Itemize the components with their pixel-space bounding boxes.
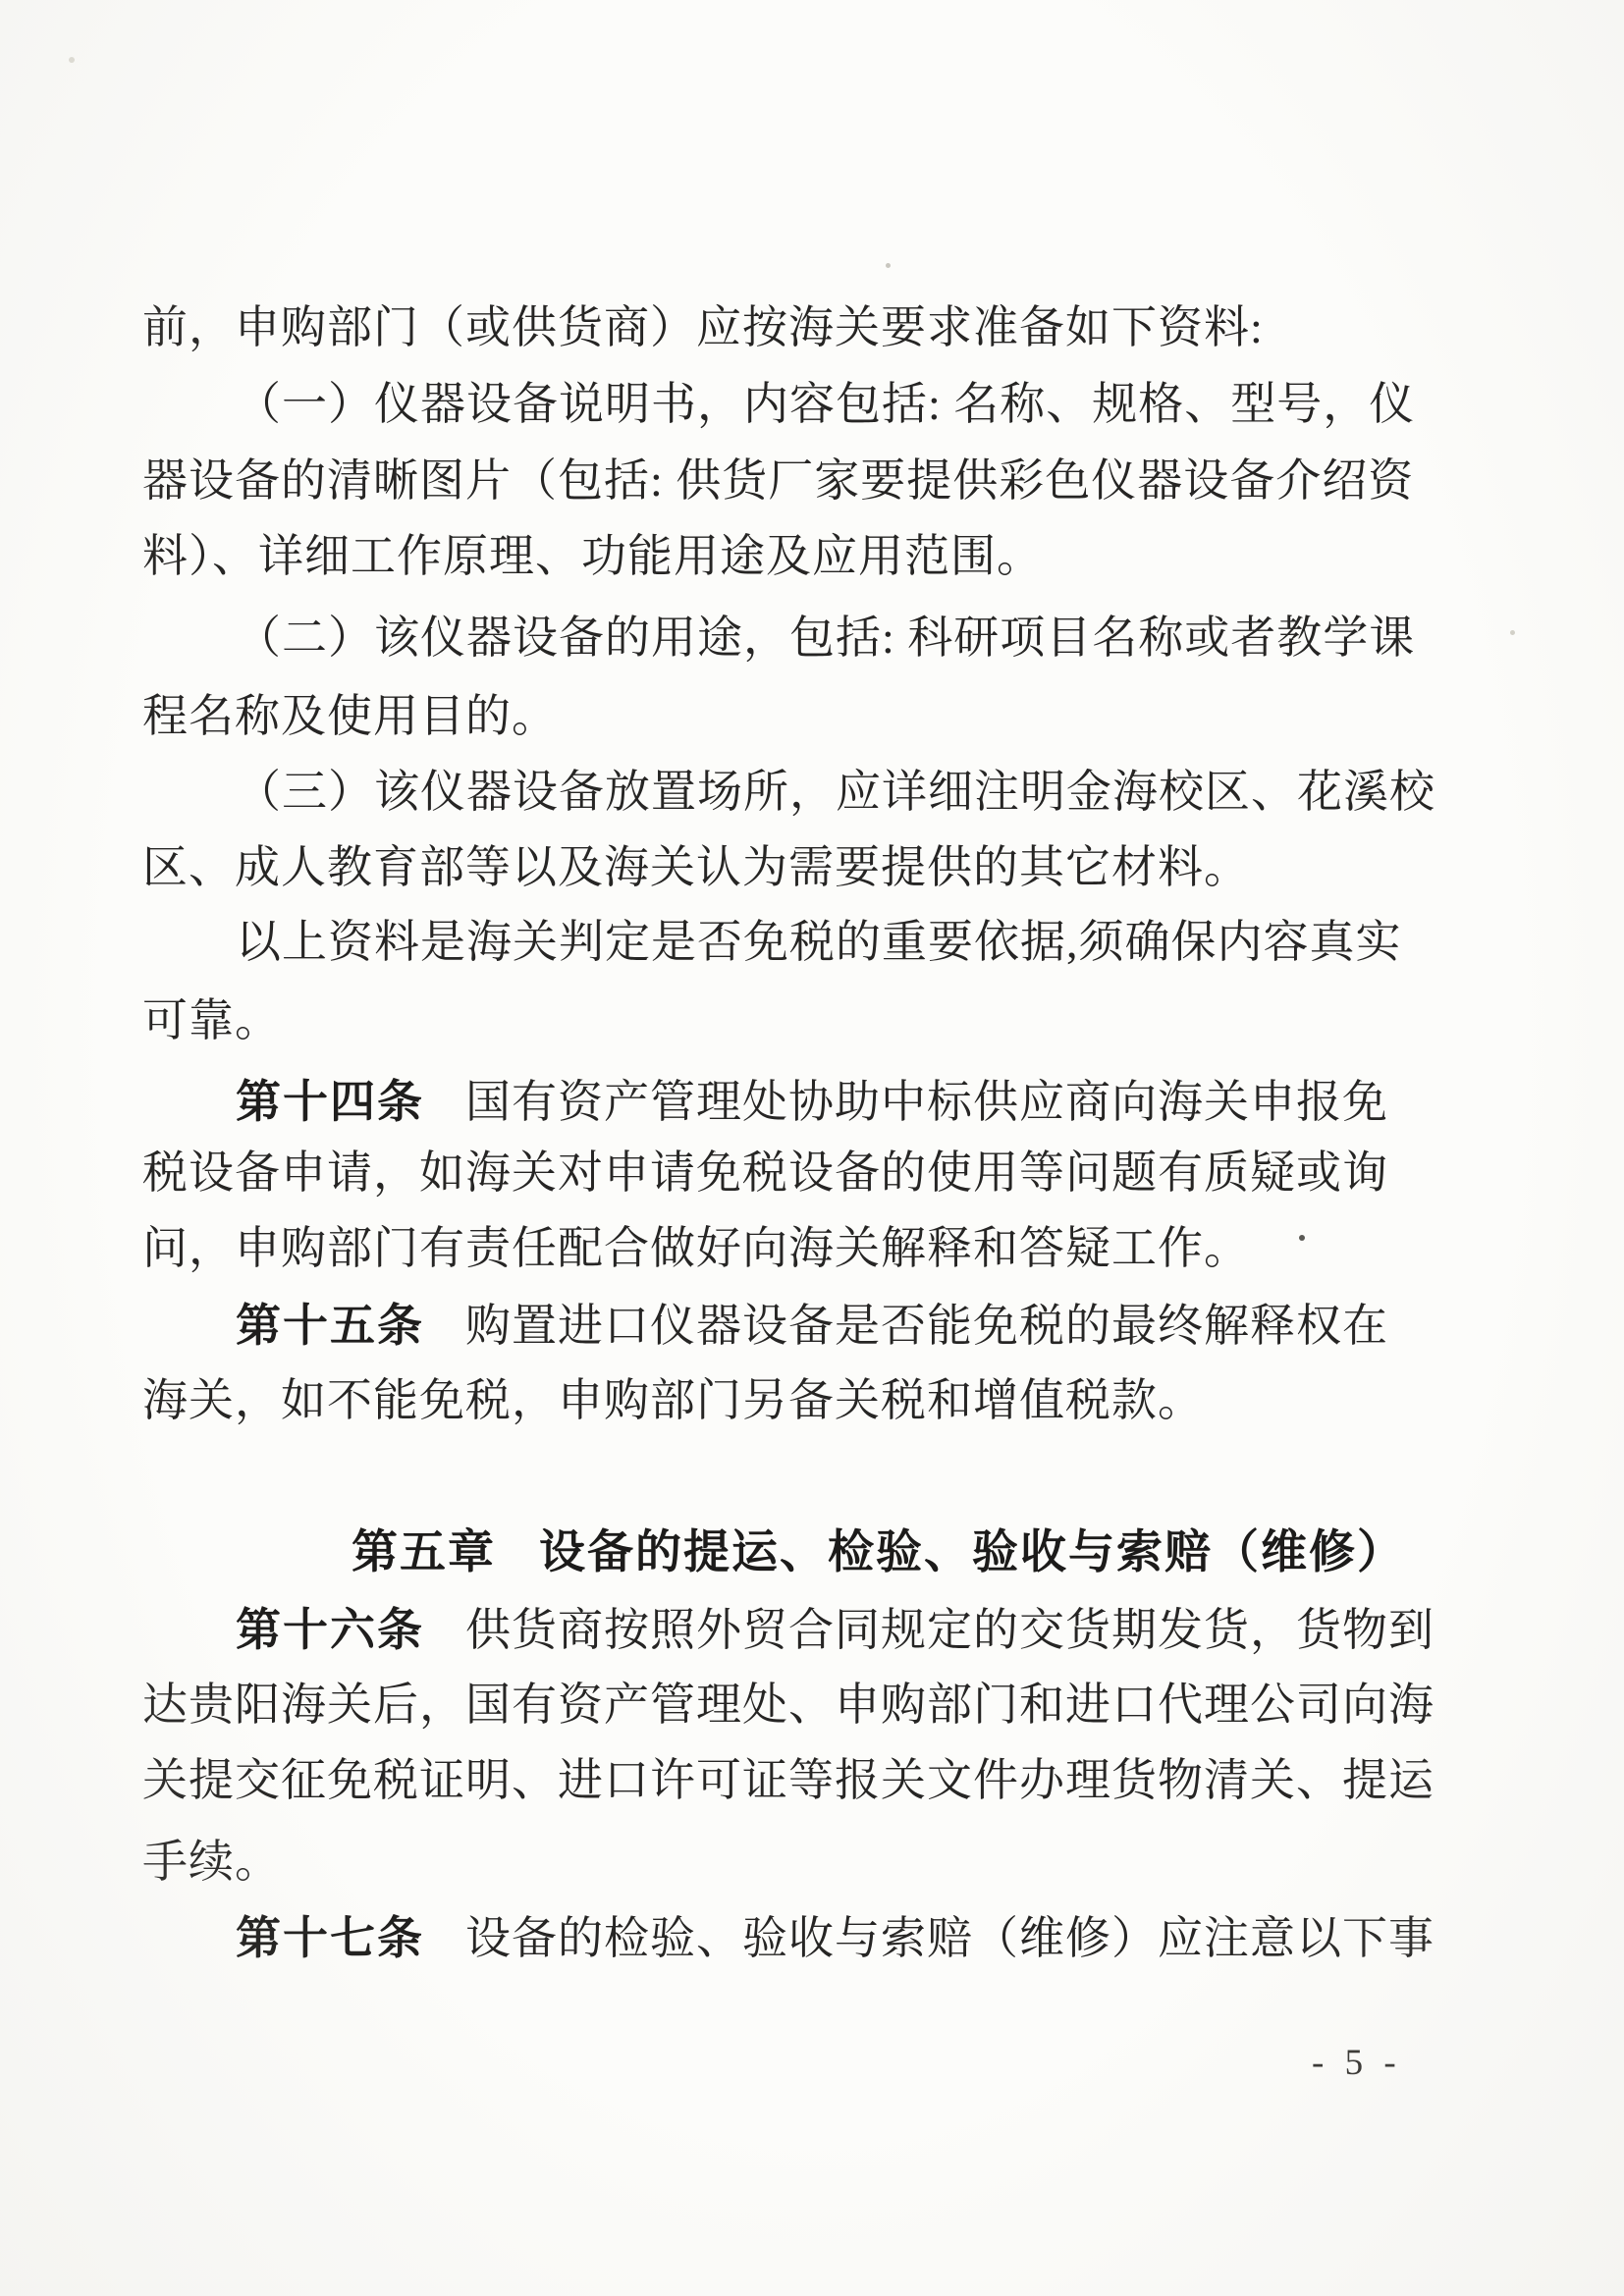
body-line: 可靠。 xyxy=(142,994,281,1047)
chapter-number: 第五章 xyxy=(352,1525,496,1577)
scan-speckle xyxy=(886,263,891,268)
body-line: 海关，如不能免税，申购部门另备关税和增值税款。 xyxy=(142,1374,1204,1427)
chapter-heading: 第五章设备的提运、检验、验收与索赔（维修） xyxy=(352,1524,1405,1579)
clause-line: 第十五条购置进口仪器设备是否能免税的最终解释权在 xyxy=(236,1299,1388,1353)
line-text: （二）该仪器设备的用途，包括: 科研项目名称或者教学课 xyxy=(236,613,1415,663)
body-line: 税设备申请，如海关对申请免税设备的使用等问题有质疑或询 xyxy=(142,1147,1388,1200)
body-line: 以上资料是海关判定是否免税的重要依据,须确保内容真实 xyxy=(236,916,1402,969)
scan-speckle xyxy=(1510,630,1515,635)
body-line: 前，申购部门（或供货商）应按海关要求准备如下资料: xyxy=(142,301,1264,354)
line-text: 设备的检验、验收与索赔（维修）应注意以下事 xyxy=(465,1913,1435,1963)
clause-number: 第十四条 xyxy=(236,1076,424,1127)
line-text: （三）该仪器设备放置场所，应详细注明金海校区、花溪校 xyxy=(236,767,1435,817)
line-text: 海关，如不能免税，申购部门另备关税和增值税款。 xyxy=(142,1375,1204,1425)
clause-line: 第十四条国有资产管理处协助中标供应商向海关申报免 xyxy=(236,1075,1388,1129)
line-text: 国有资产管理处协助中标供应商向海关申报免 xyxy=(465,1077,1388,1127)
line-text: 购置进口仪器设备是否能免税的最终解释权在 xyxy=(465,1301,1388,1351)
line-text: 问，申购部门有责任配合做好向海关解释和答疑工作。 xyxy=(142,1223,1250,1273)
clause-line: 第十七条设备的检验、验收与索赔（维修）应注意以下事 xyxy=(236,1911,1435,1965)
body-line: 关提交征免税证明、进口许可证等报关文件办理货物清关、提运 xyxy=(142,1754,1435,1807)
document-page: 前，申购部门（或供货商）应按海关要求准备如下资料: （一）仪器设备说明书，内容包… xyxy=(0,0,1624,2296)
line-text: 以上资料是海关判定是否免税的重要依据,须确保内容真实 xyxy=(236,917,1402,967)
line-text: 税设备申请，如海关对申请免税设备的使用等问题有质疑或询 xyxy=(142,1148,1388,1198)
body-line: 料）、详细工作原理、功能用途及应用范围。 xyxy=(142,530,1043,583)
body-line: 程名称及使用目的。 xyxy=(142,690,558,743)
clause-line: 第十六条供货商按照外贸合同规定的交货期发货，货物到 xyxy=(236,1603,1435,1657)
line-text: 器设备的清晰图片（包括: 供货厂家要提供彩色仪器设备介绍资 xyxy=(142,455,1414,506)
body-line: 区、成人教育部等以及海关认为需要提供的其它材料。 xyxy=(142,841,1250,894)
list-item-line: （二）该仪器设备的用途，包括: 科研项目名称或者教学课 xyxy=(236,612,1415,665)
clause-number: 第十五条 xyxy=(236,1300,424,1351)
line-text: 供货商按照外贸合同规定的交货期发货，货物到 xyxy=(465,1605,1435,1655)
line-text: 手续。 xyxy=(142,1837,281,1887)
line-text: 区、成人教育部等以及海关认为需要提供的其它材料。 xyxy=(142,842,1250,892)
line-text: 程名称及使用目的。 xyxy=(142,691,558,741)
body-line: 器设备的清晰图片（包括: 供货厂家要提供彩色仪器设备介绍资 xyxy=(142,454,1414,507)
chapter-title: 设备的提运、检验、验收与索赔（维修） xyxy=(539,1525,1405,1577)
scan-speckle xyxy=(1299,1235,1305,1241)
body-line: 问，申购部门有责任配合做好向海关解释和答疑工作。 xyxy=(142,1222,1250,1275)
page-number: - 5 - xyxy=(1312,2042,1402,2084)
clause-number: 第十七条 xyxy=(236,1912,424,1963)
body-line: 手续。 xyxy=(142,1836,281,1889)
line-text: 料）、详细工作原理、功能用途及应用范围。 xyxy=(142,531,1043,581)
list-item-line: （一）仪器设备说明书，内容包括: 名称、规格、型号，仪 xyxy=(236,378,1415,431)
clause-number: 第十六条 xyxy=(236,1604,424,1655)
line-text: 达贵阳海关后，国有资产管理处、申购部门和进口代理公司向海 xyxy=(142,1680,1435,1730)
line-text: （一）仪器设备说明书，内容包括: 名称、规格、型号，仪 xyxy=(236,379,1415,429)
line-text: 关提交征免税证明、进口许可证等报关文件办理货物清关、提运 xyxy=(142,1755,1435,1805)
body-line: 达贵阳海关后，国有资产管理处、申购部门和进口代理公司向海 xyxy=(142,1679,1435,1732)
list-item-line: （三）该仪器设备放置场所，应详细注明金海校区、花溪校 xyxy=(236,766,1435,819)
scan-speckle xyxy=(69,57,75,63)
line-text: 前，申购部门（或供货商）应按海关要求准备如下资料: xyxy=(142,302,1264,352)
line-text: 可靠。 xyxy=(142,995,281,1045)
